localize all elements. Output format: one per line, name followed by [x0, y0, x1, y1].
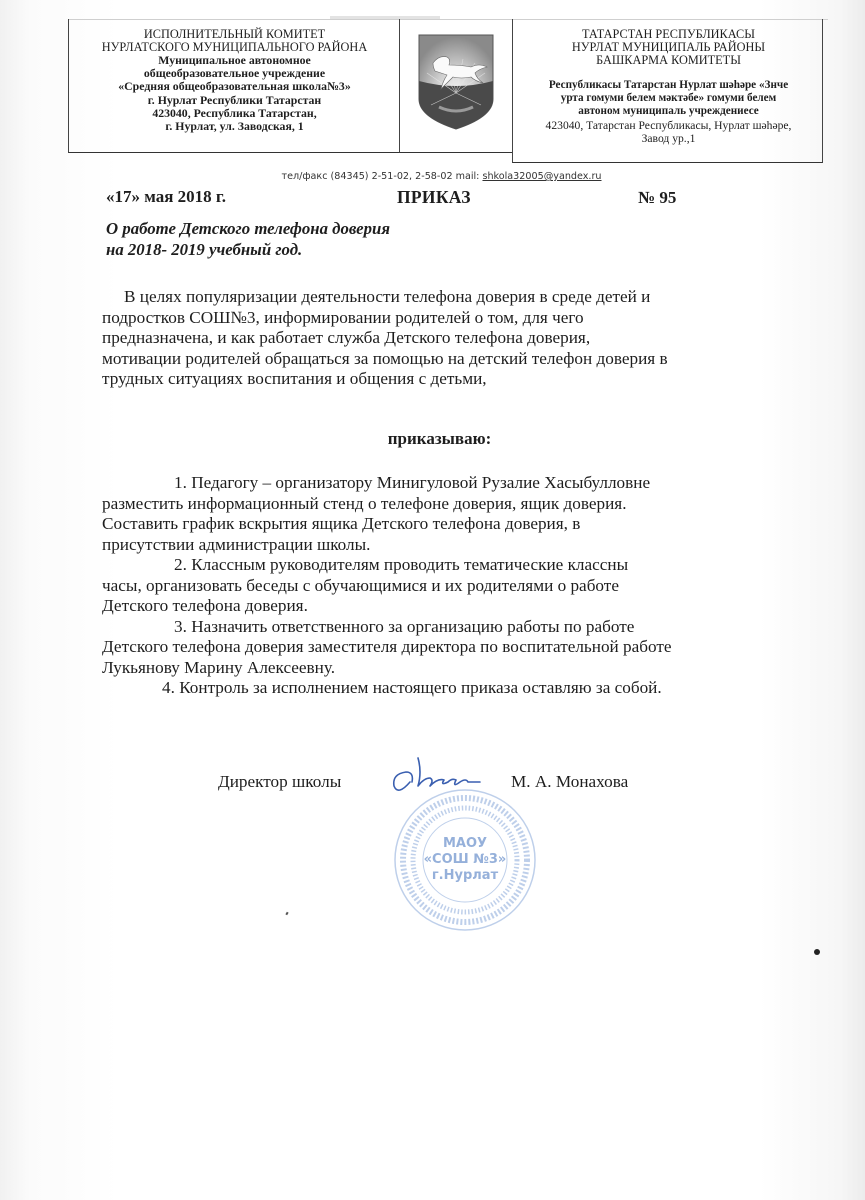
- header-right-cell: ТАТАРСТАН РЕСПУБЛИКАСЫ НУРЛАТ МУНИЦИПАЛЬ…: [512, 19, 823, 163]
- stamp-line: МАОУ: [390, 836, 540, 852]
- coat-of-arms-emblem-icon: [417, 33, 495, 131]
- stamp-line: г.Нурлат: [390, 868, 540, 884]
- scan-artifact-dot: [814, 949, 820, 955]
- item-line: Лукьянову Марину Алексеевну.: [102, 658, 782, 679]
- header-left-line: г. Нурлат, ул. Заводская, 1: [69, 120, 400, 133]
- header-right-line: Завод ур.,1: [513, 132, 824, 145]
- item-line: разместить информационный стенд о телефо…: [102, 494, 782, 515]
- item-line: 2. Классным руководителям проводить тема…: [174, 555, 628, 574]
- preamble-line: предназначена, и как работает служба Дет…: [102, 328, 782, 349]
- header-left-line: г. Нурлат Республики Татарстан: [69, 94, 400, 107]
- subject-line: О работе Детского телефона доверия: [106, 218, 390, 239]
- item-line: Составить график вскрытия ящика Детского…: [102, 514, 782, 535]
- contact-email-link[interactable]: shkola32005@yandex.ru: [482, 171, 601, 182]
- header-emblem-cell: [399, 19, 512, 153]
- order-word: приказываю:: [0, 429, 865, 449]
- order-item-3: 3. Назначить ответственного за организац…: [102, 617, 782, 679]
- stamp-text: МАОУ «СОШ №3» г.Нурлат: [390, 836, 540, 884]
- item-line: 3. Назначить ответственного за организац…: [174, 617, 634, 636]
- handwritten-signature-icon: [388, 752, 498, 800]
- header-left-line: «Средняя общеобразовательная школа№3»: [69, 80, 400, 93]
- order-item-2: 2. Классным руководителям проводить тема…: [102, 555, 782, 617]
- order-number: № 95: [638, 188, 676, 208]
- signatory-name: М. А. Монахова: [511, 772, 628, 792]
- item-line: 4. Контроль за исполнением настоящего пр…: [162, 678, 782, 699]
- order-items: 1. Педагогу – организатору Минигуловой Р…: [102, 473, 782, 699]
- order-date: «17» мая 2018 г.: [106, 187, 226, 207]
- header-left-cell: ИСПОЛНИТЕЛЬНЫЙ КОМИТЕТ НУРЛАТСКОГО МУНИЦ…: [68, 19, 399, 153]
- stamp-line: «СОШ №3»: [390, 852, 540, 868]
- header-right-line: урта гомуми белем мәктәбе» гомуми белем: [513, 92, 824, 105]
- preamble-line: мотивации родителей обращаться за помощь…: [102, 349, 782, 370]
- order-item-1: 1. Педагогу – организатору Минигуловой Р…: [102, 473, 782, 555]
- preamble-line: подростков СОШ№3, информировании родител…: [102, 308, 782, 329]
- item-line: Детского телефона доверия заместителя ди…: [102, 637, 782, 658]
- preamble: В целях популяризации деятельности телеф…: [102, 287, 782, 390]
- header-right-line: БАШКАРМА КОМИТЕТЫ: [513, 54, 824, 67]
- header-right-text: ТАТАРСТАН РЕСПУБЛИКАСЫ НУРЛАТ МУНИЦИПАЛЬ…: [513, 28, 824, 145]
- order-title: ПРИКАЗ: [397, 187, 471, 208]
- item-line: часы, организовать беседы с обучающимися…: [102, 576, 782, 597]
- signatory-role: Директор школы: [218, 772, 341, 792]
- contact-phone: тел/факс (84345) 2-51-02, 2-58-02 mail:: [281, 171, 482, 182]
- preamble-line: В целях популяризации деятельности телеф…: [102, 287, 782, 308]
- order-subject: О работе Детского телефона доверия на 20…: [106, 218, 390, 260]
- header-left-text: ИСПОЛНИТЕЛЬНЫЙ КОМИТЕТ НУРЛАТСКОГО МУНИЦ…: [69, 28, 400, 133]
- item-line: присутствии администрации школы.: [102, 535, 782, 556]
- item-line: 1. Педагогу – организатору Минигуловой Р…: [174, 473, 650, 492]
- header-right-line: автоном муниципаль учреждениесе: [513, 105, 824, 118]
- subject-line: на 2018- 2019 учебный год.: [106, 239, 390, 260]
- item-line: Детского телефона доверия.: [102, 596, 782, 617]
- header-right-line: 423040, Татарстан Республикасы, Нурлат ш…: [513, 119, 824, 132]
- preamble-line: трудных ситуациях воспитания и общения с…: [102, 369, 782, 390]
- header-right-line: Республикасы Татарстан Нурлат шәһәре «Зн…: [513, 79, 824, 92]
- contact-line: тел/факс (84345) 2-51-02, 2-58-02 mail: …: [0, 171, 865, 182]
- order-item-4: 4. Контроль за исполнением настоящего пр…: [102, 678, 782, 699]
